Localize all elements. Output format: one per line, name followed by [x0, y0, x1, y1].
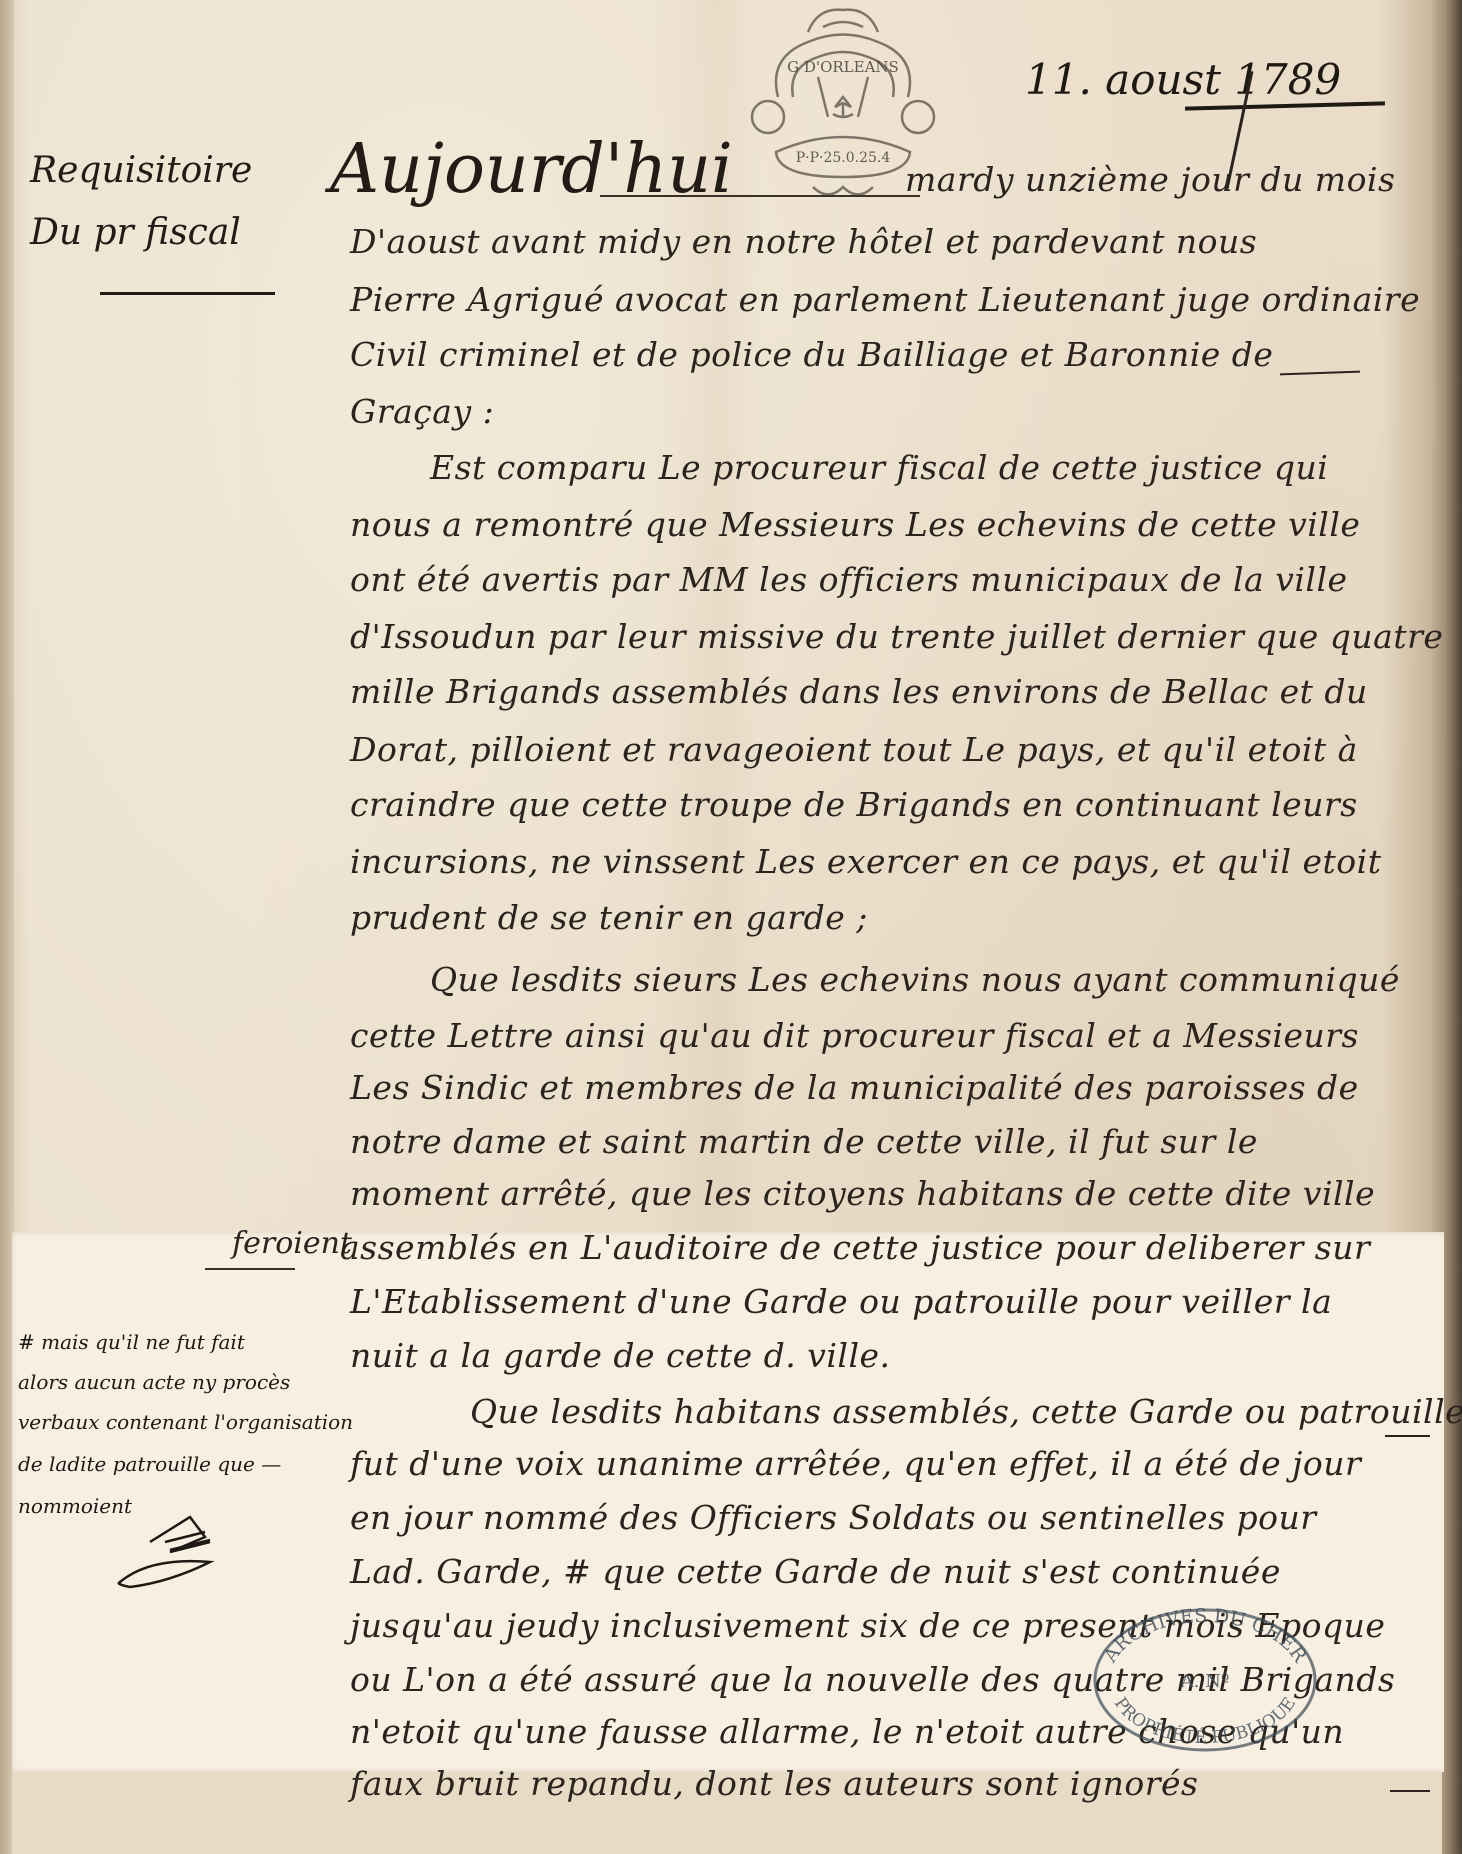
- date-day: 11.: [1025, 55, 1092, 104]
- seal-band-text: P·P·25.0.25.4: [796, 150, 891, 166]
- page-binding-right: [1444, 0, 1462, 1854]
- body-line: Dorat, pilloient et ravageoient tout Le …: [350, 730, 1358, 769]
- body-line: notre dame et saint martin de cette vill…: [350, 1122, 1258, 1161]
- archives-du-cher-stamp-icon: ARCHIVES DU CHER PROPRIÉTÉ PUBLIQUE A. N…: [1090, 1605, 1320, 1755]
- body-line: Que lesdits habitans assemblés, cette Ga…: [470, 1392, 1462, 1431]
- margin-title-underline: [100, 292, 275, 295]
- marginal-note-line: # mais qu'il ne fut fait: [18, 1330, 245, 1354]
- body-line: ont été avertis par MM les officiers mun…: [350, 560, 1348, 599]
- body-line: mille Brigands assemblés dans les enviro…: [350, 672, 1368, 711]
- opening-word: Aujourd'hui: [330, 130, 733, 209]
- body-line: faux bruit repandu, dont les auteurs son…: [350, 1764, 1198, 1803]
- body-line: Civil criminel et de police du Bailliage…: [350, 335, 1273, 374]
- body-line: prudent de se tenir en garde ;: [350, 898, 868, 937]
- date-month: aoust: [1105, 55, 1221, 104]
- body-line: mardy unzième jour du mois: [905, 160, 1395, 199]
- body-line: assemblés en L'auditoire de cette justic…: [340, 1228, 1370, 1267]
- body-line: nous a remontré que Messieurs Les echevi…: [350, 505, 1360, 544]
- body-line: d'Issoudun par leur missive du trente ju…: [350, 617, 1443, 656]
- marginal-note-line: alors aucun acte ny procès: [18, 1370, 290, 1394]
- stamp-bottom-text: PROPRIÉTÉ PUBLIQUE: [1110, 1694, 1300, 1748]
- body-line: Est comparu Le procureur fiscal de cette…: [430, 448, 1328, 487]
- stamp-top-text: ARCHIVES DU CHER: [1099, 1605, 1311, 1667]
- document-date: 11. aoust 1789: [1025, 55, 1341, 104]
- line-filler-dash: [1385, 1435, 1430, 1437]
- paraph-signature-icon: [110, 1512, 240, 1592]
- body-line: Lad. Garde, # que cette Garde de nuit s'…: [350, 1552, 1281, 1591]
- stamp-center-text: A. Nº: [1180, 1671, 1230, 1692]
- marginal-note-line: verbaux contenant l'organisation: [18, 1410, 353, 1434]
- body-line: Les Sindic et membres de la municipalité…: [350, 1068, 1359, 1107]
- margin-title-line1: Requisitoire: [30, 150, 252, 191]
- body-line: Pierre Agrigué avocat en parlement Lieut…: [350, 280, 1420, 319]
- opening-line-rule: [600, 195, 920, 197]
- marginal-note-line: de ladite patrouille que —: [18, 1452, 281, 1476]
- body-line: moment arrêté, que les citoyens habitans…: [350, 1174, 1375, 1213]
- body-line: nuit a la garde de cette d. ville.: [350, 1336, 891, 1375]
- margin-title-line2: Du pr fiscal: [30, 212, 241, 253]
- body-line: craindre que cette troupe de Brigands en…: [350, 785, 1358, 824]
- side-insertion-rule: [205, 1268, 295, 1270]
- body-line: Graçay :: [350, 392, 494, 431]
- seal-arc-text: G D'ORLEANS: [787, 58, 899, 76]
- svg-text:PROPRIÉTÉ PUBLIQUE: PROPRIÉTÉ PUBLIQUE: [1110, 1694, 1300, 1748]
- body-line: D'aoust avant midy en notre hôtel et par…: [350, 222, 1257, 261]
- body-line: fut d'une voix unanime arrêtée, qu'en ef…: [350, 1444, 1361, 1483]
- svg-text:ARCHIVES DU CHER: ARCHIVES DU CHER: [1099, 1605, 1311, 1667]
- body-line: cette Lettre ainsi qu'au dit procureur f…: [350, 1016, 1359, 1055]
- body-line: incursions, ne vinssent Les exercer en c…: [350, 842, 1382, 881]
- body-line: L'Etablissement d'une Garde ou patrouill…: [350, 1282, 1332, 1321]
- side-insertion: feroient: [232, 1226, 352, 1261]
- body-line: Que lesdits sieurs Les echevins nous aya…: [430, 960, 1400, 999]
- body-line: en jour nommé des Officiers Soldats ou s…: [350, 1498, 1317, 1537]
- line-filler-dash: [1390, 1790, 1430, 1792]
